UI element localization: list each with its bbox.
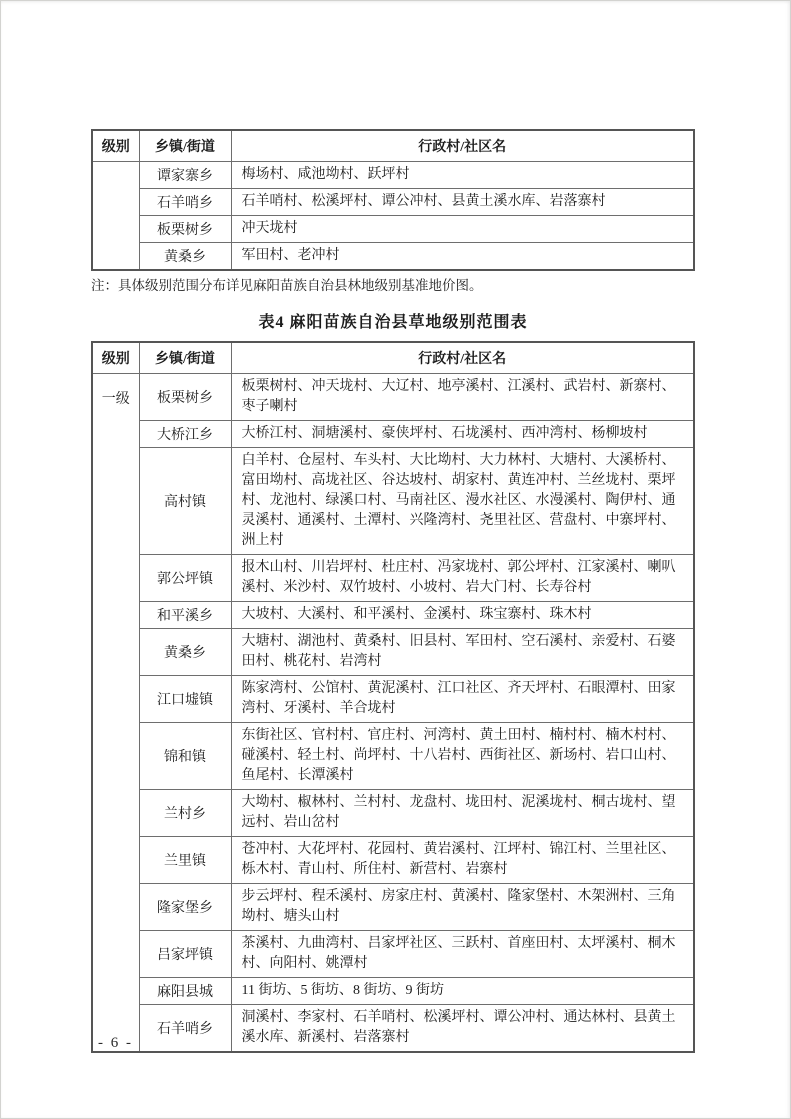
town-cell: 石羊哨乡	[139, 1005, 231, 1053]
villages-cell: 大塘村、湖池村、黄桑村、旧县村、军田村、空石溪村、亲爱村、石婆田村、桃花村、岩湾…	[231, 629, 694, 676]
table-note: 注：具体级别范围分布详见麻阳苗族自治县林地级别基准地价图。	[91, 277, 695, 295]
town-cell: 江口墟镇	[139, 676, 231, 723]
table-row: 黄桑乡 军田村、老冲村	[92, 243, 694, 271]
table-row: 石羊哨乡 石羊哨村、松溪坪村、谭公冲村、县黄土溪水库、岩落寨村	[92, 189, 694, 216]
villages-cell: 报木山村、川岩坪村、杜庄村、冯家垅村、郭公坪村、江家溪村、喇叭溪村、米沙村、双竹…	[231, 555, 694, 602]
table-row: 锦和镇 东街社区、官村村、官庄村、河湾村、黄土田村、楠村村、楠木村村、碰溪村、轻…	[92, 723, 694, 790]
villages-cell: 石羊哨村、松溪坪村、谭公冲村、县黄土溪水库、岩落寨村	[231, 189, 694, 216]
town-cell: 兰村乡	[139, 790, 231, 837]
page-content: 级别 乡镇/街道 行政村/社区名 谭家寨乡 梅场村、咸池坳村、跃坪村 石羊哨乡 …	[91, 129, 695, 1053]
table-row: 谭家寨乡 梅场村、咸池坳村、跃坪村	[92, 162, 694, 189]
page-number: - 6 -	[98, 1035, 133, 1052]
villages-cell: 梅场村、咸池坳村、跃坪村	[231, 162, 694, 189]
table-row: 江口墟镇 陈家湾村、公馆村、黄泥溪村、江口社区、齐天坪村、石眼潭村、田家湾村、牙…	[92, 676, 694, 723]
villages-cell: 东街社区、官村村、官庄村、河湾村、黄土田村、楠村村、楠木村村、碰溪村、轻土村、尚…	[231, 723, 694, 790]
town-cell: 黄桑乡	[139, 243, 231, 271]
villages-cell: 洞溪村、李家村、石羊哨村、松溪坪村、谭公冲村、通达林村、县黄土溪水库、新溪村、岩…	[231, 1005, 694, 1053]
table4-title: 表4 麻阳苗族自治县草地级别范围表	[91, 309, 695, 332]
table-row: 板栗树乡 冲天垅村	[92, 216, 694, 243]
villages-cell: 冲天垅村	[231, 216, 694, 243]
table-row: 和平溪乡 大坡村、大溪村、和平溪村、金溪村、珠宝寨村、珠木村	[92, 602, 694, 629]
villages-cell: 板栗树村、冲天垅村、大辽村、地亭溪村、江溪村、武岩村、新寨村、枣子喇村	[231, 374, 694, 421]
table-row: 高村镇 白羊村、仓屋村、车头村、大比坳村、大力林村、大塘村、大溪桥村、富田坳村、…	[92, 448, 694, 555]
column-header-level: 级别	[92, 130, 139, 162]
town-cell: 黄桑乡	[139, 629, 231, 676]
column-header-villages: 行政村/社区名	[231, 342, 694, 374]
town-cell: 兰里镇	[139, 837, 231, 884]
villages-cell: 大坡村、大溪村、和平溪村、金溪村、珠宝寨村、珠木村	[231, 602, 694, 629]
town-cell: 和平溪乡	[139, 602, 231, 629]
table-row: 郭公坪镇 报木山村、川岩坪村、杜庄村、冯家垅村、郭公坪村、江家溪村、喇叭溪村、米…	[92, 555, 694, 602]
town-cell: 高村镇	[139, 448, 231, 555]
villages-cell: 大桥江村、洞塘溪村、豪侠坪村、石垅溪村、西冲湾村、杨柳坡村	[231, 421, 694, 448]
town-cell: 板栗树乡	[139, 374, 231, 421]
town-cell: 大桥江乡	[139, 421, 231, 448]
table-row: 一级 板栗树乡 板栗树村、冲天垅村、大辽村、地亭溪村、江溪村、武岩村、新寨村、枣…	[92, 374, 694, 421]
town-cell: 谭家寨乡	[139, 162, 231, 189]
column-header-town: 乡镇/街道	[139, 342, 231, 374]
villages-cell: 苍冲村、大花坪村、花园村、黄岩溪村、江坪村、锦江村、兰里社区、栎木村、青山村、所…	[231, 837, 694, 884]
town-cell: 麻阳县城	[139, 978, 231, 1005]
town-cell: 板栗树乡	[139, 216, 231, 243]
table-row: 大桥江乡 大桥江村、洞塘溪村、豪侠坪村、石垅溪村、西冲湾村、杨柳坡村	[92, 421, 694, 448]
villages-cell: 茶溪村、九曲湾村、吕家坪社区、三跃村、首座田村、太坪溪村、桐木村、向阳村、姚潭村	[231, 931, 694, 978]
column-header-level: 级别	[92, 342, 139, 374]
table-row: 吕家坪镇 茶溪村、九曲湾村、吕家坪社区、三跃村、首座田村、太坪溪村、桐木村、向阳…	[92, 931, 694, 978]
villages-cell: 军田村、老冲村	[231, 243, 694, 271]
table-row: 兰里镇 苍冲村、大花坪村、花园村、黄岩溪村、江坪村、锦江村、兰里社区、栎木村、青…	[92, 837, 694, 884]
level-cell	[92, 162, 139, 271]
town-cell: 吕家坪镇	[139, 931, 231, 978]
town-cell: 石羊哨乡	[139, 189, 231, 216]
villages-cell: 大坳村、椒林村、兰村村、龙盘村、垅田村、泥溪垅村、桐古垅村、望远村、岩山岔村	[231, 790, 694, 837]
table-row: 隆家堡乡 步云坪村、程禾溪村、房家庄村、黄溪村、隆家堡村、木架洲村、三角坳村、塘…	[92, 884, 694, 931]
table-header-row: 级别 乡镇/街道 行政村/社区名	[92, 130, 694, 162]
column-header-town: 乡镇/街道	[139, 130, 231, 162]
table-row: 兰村乡 大坳村、椒林村、兰村村、龙盘村、垅田村、泥溪垅村、桐古垅村、望远村、岩山…	[92, 790, 694, 837]
town-cell: 隆家堡乡	[139, 884, 231, 931]
villages-cell: 陈家湾村、公馆村、黄泥溪村、江口社区、齐天坪村、石眼潭村、田家湾村、牙溪村、羊合…	[231, 676, 694, 723]
table-row: 石羊哨乡 洞溪村、李家村、石羊哨村、松溪坪村、谭公冲村、通达林村、县黄土溪水库、…	[92, 1005, 694, 1053]
document-page: 级别 乡镇/街道 行政村/社区名 谭家寨乡 梅场村、咸池坳村、跃坪村 石羊哨乡 …	[0, 0, 791, 1119]
villages-cell: 11 街坊、5 街坊、8 街坊、9 街坊	[231, 978, 694, 1005]
table-row: 麻阳县城 11 街坊、5 街坊、8 街坊、9 街坊	[92, 978, 694, 1005]
level-cell: 一级	[92, 374, 139, 1053]
table-row: 黄桑乡 大塘村、湖池村、黄桑村、旧县村、军田村、空石溪村、亲爱村、石婆田村、桃花…	[92, 629, 694, 676]
column-header-villages: 行政村/社区名	[231, 130, 694, 162]
villages-cell: 步云坪村、程禾溪村、房家庄村、黄溪村、隆家堡村、木架洲村、三角坳村、塘头山村	[231, 884, 694, 931]
table-header-row: 级别 乡镇/街道 行政村/社区名	[92, 342, 694, 374]
grassland-grade-range-table: 级别 乡镇/街道 行政村/社区名 一级 板栗树乡 板栗树村、冲天垅村、大辽村、地…	[91, 341, 695, 1053]
town-cell: 郭公坪镇	[139, 555, 231, 602]
forest-land-grade-range-table-continued: 级别 乡镇/街道 行政村/社区名 谭家寨乡 梅场村、咸池坳村、跃坪村 石羊哨乡 …	[91, 129, 695, 271]
villages-cell: 白羊村、仓屋村、车头村、大比坳村、大力林村、大塘村、大溪桥村、富田坳村、高垅社区…	[231, 448, 694, 555]
town-cell: 锦和镇	[139, 723, 231, 790]
